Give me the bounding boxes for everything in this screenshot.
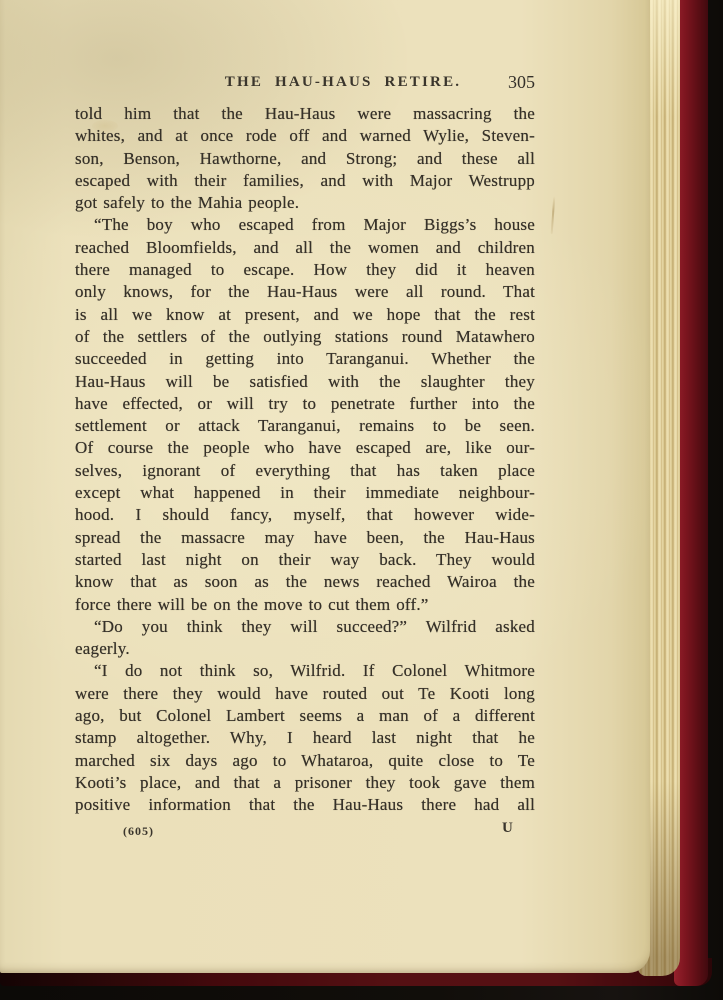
text-line: Of course the people who have escaped ar…: [75, 437, 535, 459]
text-line: spread the massacre may have been, the H…: [75, 527, 535, 549]
text-line: told him that the Hau-Haus were massacri…: [75, 103, 535, 125]
text-line: “The boy who escaped from Major Biggs’s …: [75, 214, 535, 236]
text-line: except what happened in their immediate …: [75, 482, 535, 504]
text-line: selves, ignorant of everything that has …: [75, 460, 535, 482]
text-line: Kooti’s place, and that a prisoner they …: [75, 772, 535, 794]
running-title: THE HAU-HAUS RETIRE.: [225, 74, 461, 91]
text-line: eagerly.: [75, 638, 535, 660]
text-line: settlement or attack Taranganui, remains…: [75, 415, 535, 437]
page-footer: (605) U: [75, 820, 535, 838]
text-line: were there they would have routed out Te…: [75, 683, 535, 705]
text-line: reached Bloomfields, and all the women a…: [75, 237, 535, 259]
text-line: force there will be on the move to cut t…: [75, 594, 535, 616]
text-line: got safely to the Mahia people.: [75, 192, 535, 214]
text-line: is all we know at present, and we hope t…: [75, 304, 535, 326]
text-line: son, Benson, Hawthorne, and Strong; and …: [75, 148, 535, 170]
text-line: started last night on their way back. Th…: [75, 549, 535, 571]
text-line: succeeded in getting into Taranganui. Wh…: [75, 348, 535, 370]
text-line: know that as soon as the news reached Wa…: [75, 571, 535, 593]
text-line: positive information that the Hau-Haus t…: [75, 794, 535, 816]
book-page: THE HAU-HAUS RETIRE. 305 told him that t…: [0, 0, 650, 973]
text-block: told him that the Hau-Haus were massacri…: [75, 103, 535, 817]
page-number: 305: [508, 72, 535, 93]
signature-mark: U: [502, 820, 513, 837]
text-line: marched six days ago to Whataroa, quite …: [75, 750, 535, 772]
text-line: “Do you think they will succeed?” Wilfri…: [75, 616, 535, 638]
scan-crease-mark: [551, 196, 556, 234]
text-line: have effected, or will try to penetrate …: [75, 393, 535, 415]
text-line: whites, and at once rode off and warned …: [75, 125, 535, 147]
text-line: “I do not think so, Wilfrid. If Colonel …: [75, 660, 535, 682]
text-line: of the settlers of the outlying stations…: [75, 326, 535, 348]
text-line: ago, but Colonel Lambert seems a man of …: [75, 705, 535, 727]
page-header: THE HAU-HAUS RETIRE. 305: [75, 74, 535, 96]
text-line: there managed to escape. How they did it…: [75, 259, 535, 281]
text-line: only knows, for the Hau-Haus were all ro…: [75, 281, 535, 303]
scanned-book-photo: { "page": { "header": { "title": "THE HA…: [0, 0, 723, 1000]
text-line: hood. I should fancy, myself, that howev…: [75, 504, 535, 526]
text-line: Hau-Haus will be satisfied with the slau…: [75, 371, 535, 393]
text-line: escaped with their families, and with Ma…: [75, 170, 535, 192]
printer-signature: (605): [123, 824, 154, 839]
text-line: stamp altogether. Why, I heard last nigh…: [75, 727, 535, 749]
